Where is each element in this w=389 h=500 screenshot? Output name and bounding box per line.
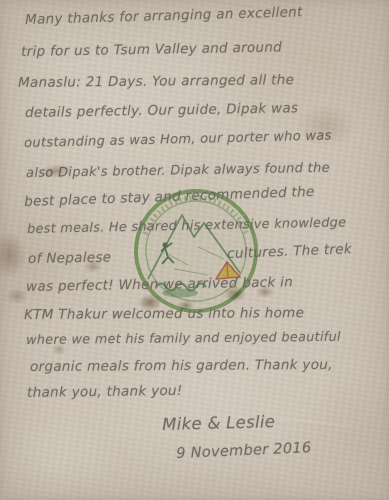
note-line: trip for us to Tsum Valley and around <box>21 41 282 59</box>
paper-crease <box>40 60 130 70</box>
note-line: also Dipak's brother. Dipak always found… <box>26 162 330 180</box>
note-line: of Nepalese <box>28 252 111 267</box>
signature: Mike & Leslie <box>162 414 275 433</box>
note-line: KTM Thakur welcomed us into his home <box>24 307 304 322</box>
note-line: where we met his family and enjoyed beau… <box>26 332 341 348</box>
note-line: cultures. The trek <box>227 243 352 261</box>
note-line: Many thanks for arranging an excellent <box>25 6 303 27</box>
note-line: Manaslu: 21 Days. You arranged all the <box>18 74 294 90</box>
paper-stain <box>6 288 28 304</box>
paper-stain <box>0 232 26 278</box>
handwritten-note-photo: Many thanks for arranging an excellent t… <box>0 0 389 500</box>
note-line: outstanding as was Hom, our porter who w… <box>24 129 332 150</box>
note-line: thank you, thank you! <box>27 385 183 401</box>
note-line: details perfectly. Our guide, Dipak was <box>25 102 298 120</box>
note-line: organic meals from his garden. Thank you… <box>30 359 333 375</box>
date-line: 9 November 2016 <box>176 441 312 461</box>
